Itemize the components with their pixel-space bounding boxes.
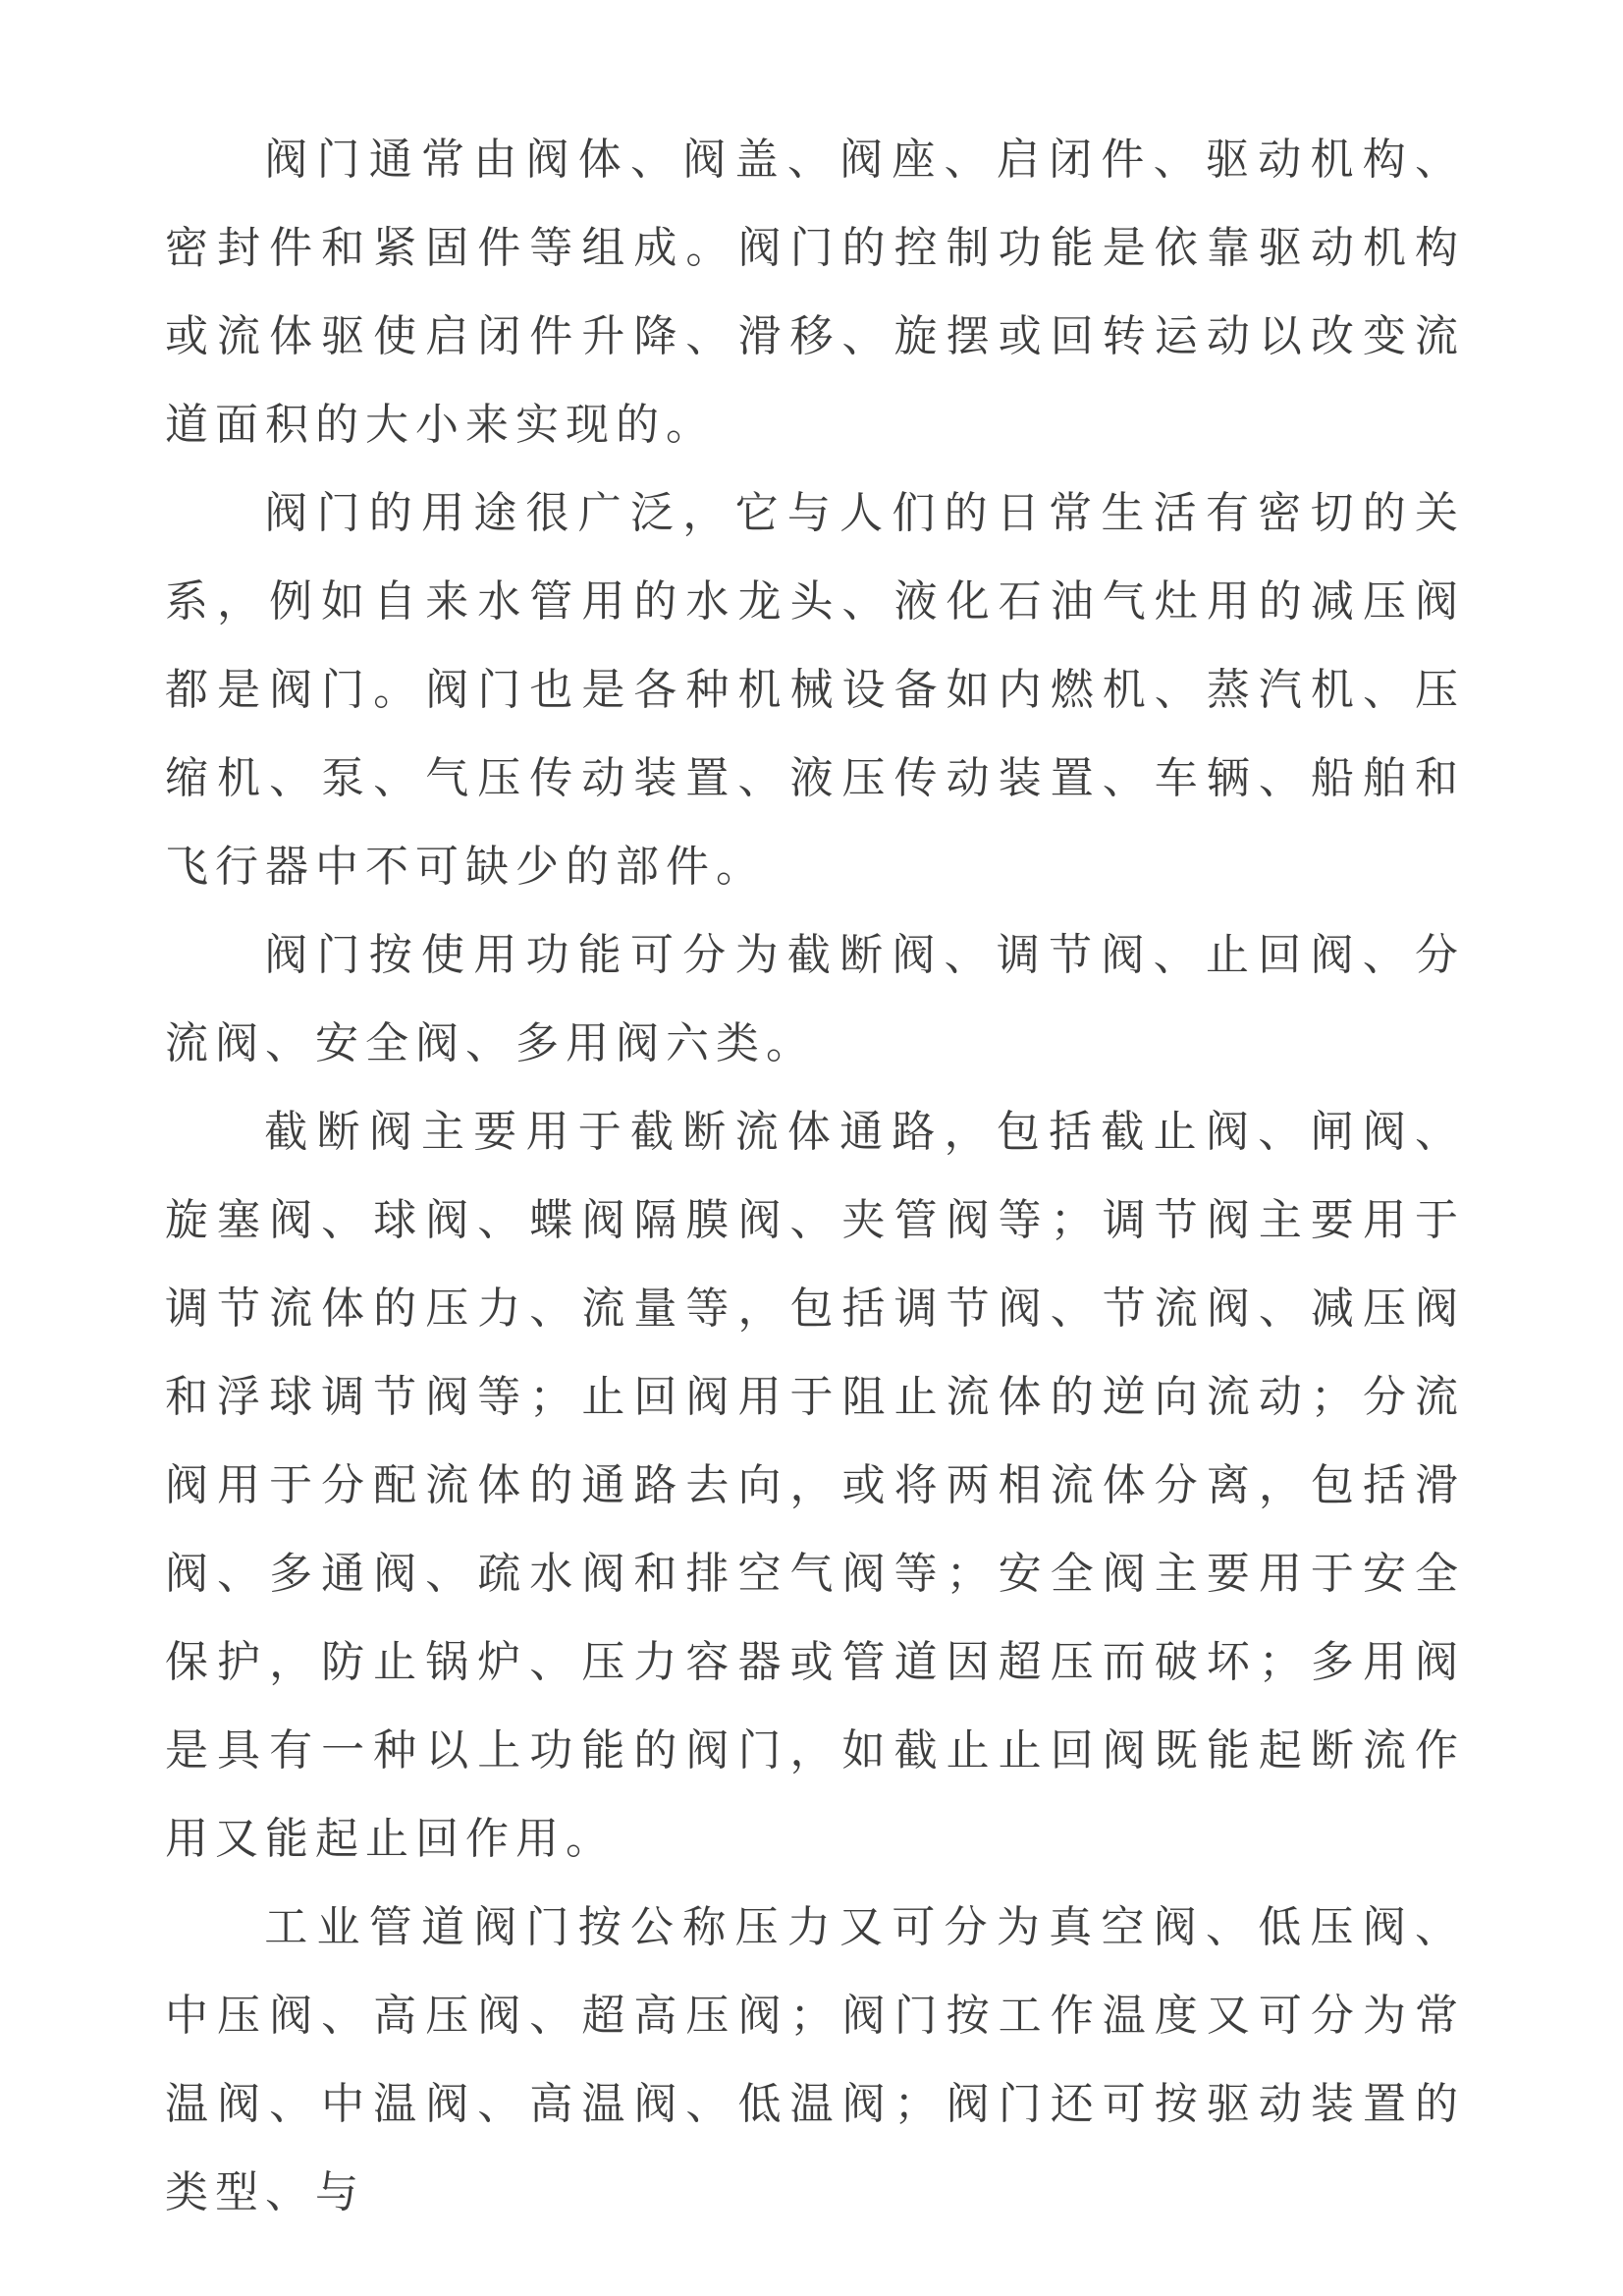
document-page: 阀门通常由阀体、阀盖、阀座、启闭件、驱动机构、密封件和紧固件等组成。阀门的控制功… — [0, 0, 1623, 2296]
paragraph-valve-function-categories: 阀门按使用功能可分为截断阀、调节阀、止回阀、分流阀、安全阀、多用阀六类。 — [165, 911, 1465, 1088]
paragraph-valve-uses: 阀门的用途很广泛，它与人们的日常生活有密切的关系，例如自来水管用的水龙头、液化石… — [165, 469, 1465, 911]
document-body: 阀门通常由阀体、阀盖、阀座、启闭件、驱动机构、密封件和紧固件等组成。阀门的控制功… — [165, 116, 1465, 2237]
paragraph-valve-pressure-temperature-categories: 工业管道阀门按公称压力又可分为真空阀、低压阀、中压阀、高压阀、超高压阀；阀门按工… — [165, 1884, 1465, 2237]
paragraph-valve-category-details: 截断阀主要用于截断流体通路，包括截止阀、闸阀、旋塞阀、球阀、蝶阀隔膜阀、夹管阀等… — [165, 1088, 1465, 1884]
paragraph-valve-composition: 阀门通常由阀体、阀盖、阀座、启闭件、驱动机构、密封件和紧固件等组成。阀门的控制功… — [165, 116, 1465, 469]
